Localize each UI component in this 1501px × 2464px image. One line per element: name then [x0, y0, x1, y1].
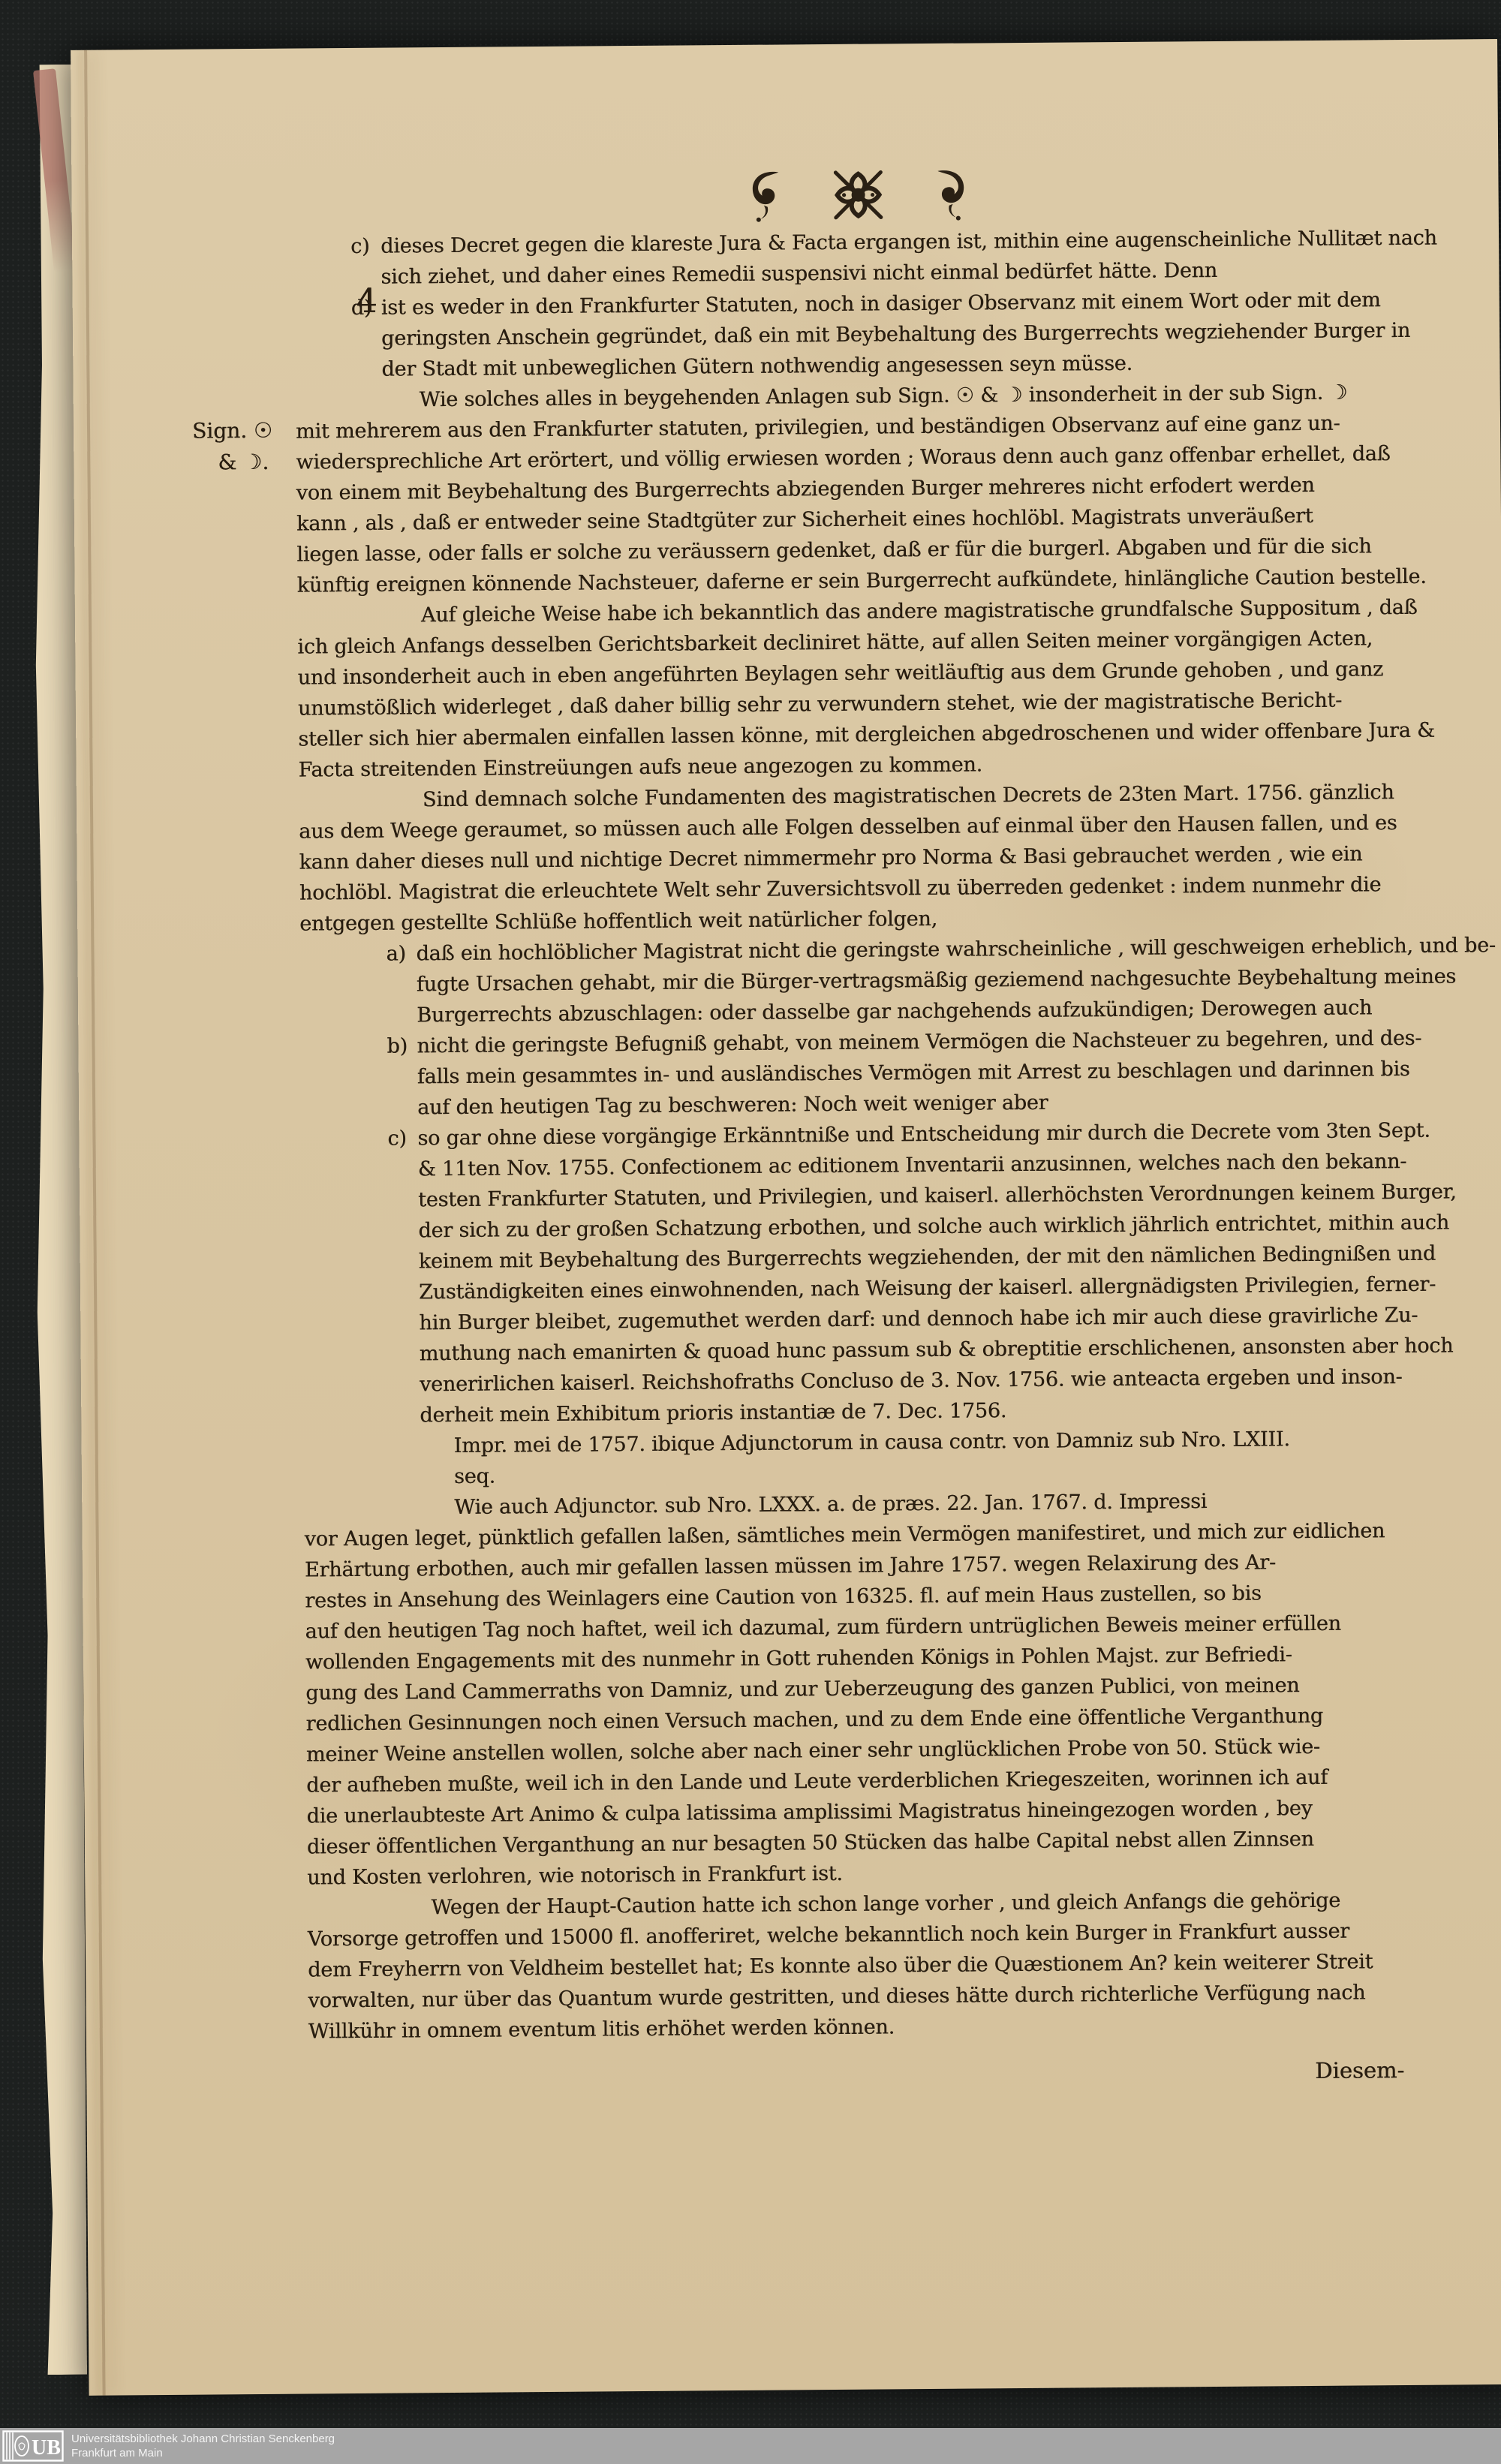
portrait-icon: [15, 2436, 29, 2456]
text-block: a)daß ein hochlöblicher Magistrat nicht …: [299, 930, 1465, 1031]
header-ornaments: [723, 152, 994, 237]
item-label: d): [351, 293, 372, 323]
text-block: Sind demnach solche Fundamenten des magi…: [299, 776, 1465, 939]
scan-viewport: 4: [0, 0, 1501, 2464]
page-crease: [84, 50, 106, 2396]
text-block: c)so gar ohne diese vorgängige Erkänntni…: [301, 1115, 1468, 1431]
footer-institution: Universitätsbibliothek Johann Christian …: [71, 2432, 335, 2460]
text-block: d)ist es weder in den Frankfurter Statut…: [295, 284, 1460, 385]
text-block: Impr. mei de 1757. ibique Adjunctorum in…: [304, 1422, 1469, 1493]
ub-logo-text: UB: [32, 2436, 61, 2459]
text-block: Wie solches alles in beygehenden Anlagen…: [296, 376, 1462, 600]
margin-note: Sign. ☉ & ☽.: [192, 415, 273, 479]
page-sheet: 4: [71, 39, 1501, 2396]
text-block: vor Augen leget, pünktlich gefallen laße…: [304, 1515, 1472, 1893]
footer-institution-name: Universitätsbibliothek Johann Christian …: [71, 2432, 335, 2446]
catchword: Diesem-: [308, 2056, 1473, 2091]
rosette-icon: [826, 163, 890, 227]
footer-institution-city: Frankfurt am Main: [71, 2446, 335, 2460]
catchword-text: Diesem-: [1315, 2057, 1404, 2083]
ub-logo: UB: [2, 2430, 64, 2462]
margin-note-line1: Sign. ☉: [192, 415, 272, 447]
text-block: c)dieses Decret gegen die klareste Jura …: [294, 222, 1460, 293]
text-block: b)nicht die geringste Befugniß gehabt, v…: [300, 1022, 1466, 1124]
fleuron-left-icon: [745, 167, 788, 223]
text-block: Wegen der Haupt-Caution hatte ich schon …: [307, 1884, 1473, 2047]
text-block: Auf gleiche Weise habe ich bekanntlich d…: [297, 591, 1463, 785]
library-footer-bar: UB Universitätsbibliothek Johann Christi…: [0, 2428, 1501, 2464]
item-label: b): [387, 1030, 408, 1061]
item-label: a): [386, 938, 406, 969]
body-text: c)dieses Decret gegen die klareste Jura …: [294, 222, 1473, 2047]
item-label: c): [387, 1123, 407, 1154]
margin-note-line2: & ☽.: [192, 447, 272, 479]
item-label: c): [350, 231, 370, 262]
fleuron-right-icon: [928, 167, 971, 222]
